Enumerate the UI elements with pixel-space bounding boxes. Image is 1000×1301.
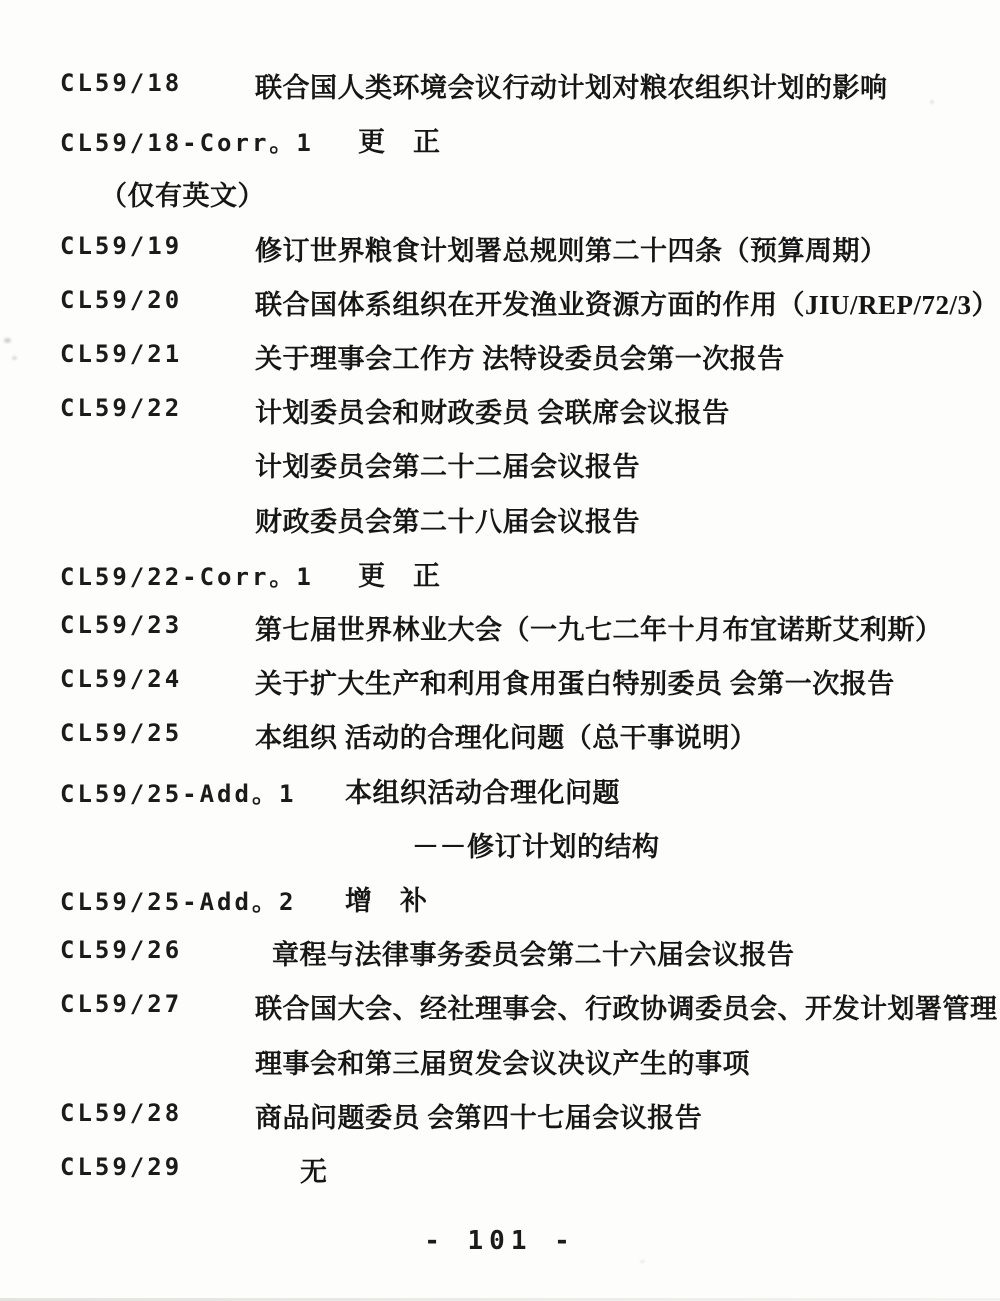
document-row: －－修订计划的结构 [0,825,1000,871]
document-code: CL59/25-Add。1 [60,774,296,809]
scan-speck [12,356,17,360]
scan-speck [4,338,11,343]
document-title: 本组织活动合理化问题 [345,771,620,810]
document-code: CL59/22-Corr。1 [60,557,314,592]
document-title: 更 正 [358,554,441,593]
document-row: CL59/23第七届世界林业大会（一九七二年十月布宜诺斯艾利斯） [0,608,1000,654]
document-row: 理事会和第三届贸发会议决议产生的事项 [0,1042,1000,1088]
document-row: CL59/21关于理事会工作方 法特设委员会第一次报告 [0,337,1000,383]
document-row: （仅有英文） [0,174,1000,220]
document-title: 增 补 [345,879,428,918]
document-row: 财政委员会第二十八届会议报告 [0,500,1000,546]
document-title: 计划委员会和财政委员 会联席会议报告 [255,391,730,430]
document-row: CL59/22-Corr。1更 正 [0,554,1000,600]
document-row: CL59/28商品问题委员 会第四十七届会议报告 [0,1096,1000,1142]
document-title: 联合国体系组织在开发渔业资源方面的作用（JIU/REP/72/3） [255,283,999,322]
document-code: CL59/19 [60,232,182,260]
document-title: －－修订计划的结构 [412,825,660,864]
document-row: CL59/18-Corr。1更 正 [0,120,1000,166]
document-code: CL59/18-Corr。1 [60,123,314,158]
document-title: 联合国大会、经社理事会、行政协调委员会、开发计划署管理 [255,987,998,1026]
document-row: CL59/29无 [0,1150,1000,1196]
document-row: CL59/26章程与法律事务委员会第二十六届会议报告 [0,933,1000,979]
document-row: CL59/19修订世界粮食计划署总规则第二十四条（预算周期） [0,229,1000,275]
document-code: CL59/24 [60,665,182,693]
document-title: 联合国人类环境会议行动计划对粮农组织计划的影响 [255,66,888,105]
document-page: CL59/18联合国人类环境会议行动计划对粮农组织计划的影响CL59/18-Co… [0,0,1000,1301]
document-title: 商品问题委员 会第四十七届会议报告 [255,1096,702,1135]
scan-speck [930,100,934,104]
document-row: CL59/18联合国人类环境会议行动计划对粮农组织计划的影响 [0,66,1000,112]
document-title: 更 正 [358,120,441,159]
document-code: CL59/23 [60,611,182,639]
document-title: 修订世界粮食计划署总规则第二十四条（预算周期） [255,229,888,268]
document-title: 第七届世界林业大会（一九七二年十月布宜诺斯艾利斯） [255,608,943,647]
document-title: 无 [300,1150,328,1189]
document-title: 财政委员会第二十八届会议报告 [255,500,640,539]
document-code: CL59/21 [60,340,182,368]
document-code: CL59/18 [60,69,182,97]
document-row: CL59/25-Add。1本组织活动合理化问题 [0,771,1000,817]
document-code: CL59/27 [60,990,182,1018]
document-code: CL59/29 [60,1153,182,1181]
document-title: （仅有英文） [100,174,265,213]
document-title: 关于扩大生产和利用食用蛋白特别委员 会第一次报告 [255,662,895,701]
document-row: CL59/20联合国体系组织在开发渔业资源方面的作用（JIU/REP/72/3） [0,283,1000,329]
document-title: 理事会和第三届贸发会议决议产生的事项 [255,1042,750,1081]
document-title: 计划委员会第二十二届会议报告 [255,445,640,484]
document-code: CL59/22 [60,394,182,422]
document-row: CL59/24关于扩大生产和利用食用蛋白特别委员 会第一次报告 [0,662,1000,708]
page-number: - 101 - [0,1226,1000,1256]
document-code: CL59/28 [60,1099,182,1127]
document-title: 章程与法律事务委员会第二十六届会议报告 [272,933,795,972]
document-row: CL59/22计划委员会和财政委员 会联席会议报告 [0,391,1000,437]
document-title: 关于理事会工作方 法特设委员会第一次报告 [255,337,785,376]
document-code: CL59/20 [60,286,182,314]
document-code: CL59/25-Add。2 [60,882,296,917]
document-row: CL59/27联合国大会、经社理事会、行政协调委员会、开发计划署管理 [0,987,1000,1033]
document-row: CL59/25本组织 活动的合理化问题（总干事说明） [0,716,1000,762]
document-title: 本组织 活动的合理化问题（总干事说明） [255,716,757,755]
document-code: CL59/25 [60,719,182,747]
document-code: CL59/26 [60,936,182,964]
document-row: CL59/25-Add。2增 补 [0,879,1000,925]
scan-speck [640,1260,645,1263]
document-row: 计划委员会第二十二届会议报告 [0,445,1000,491]
